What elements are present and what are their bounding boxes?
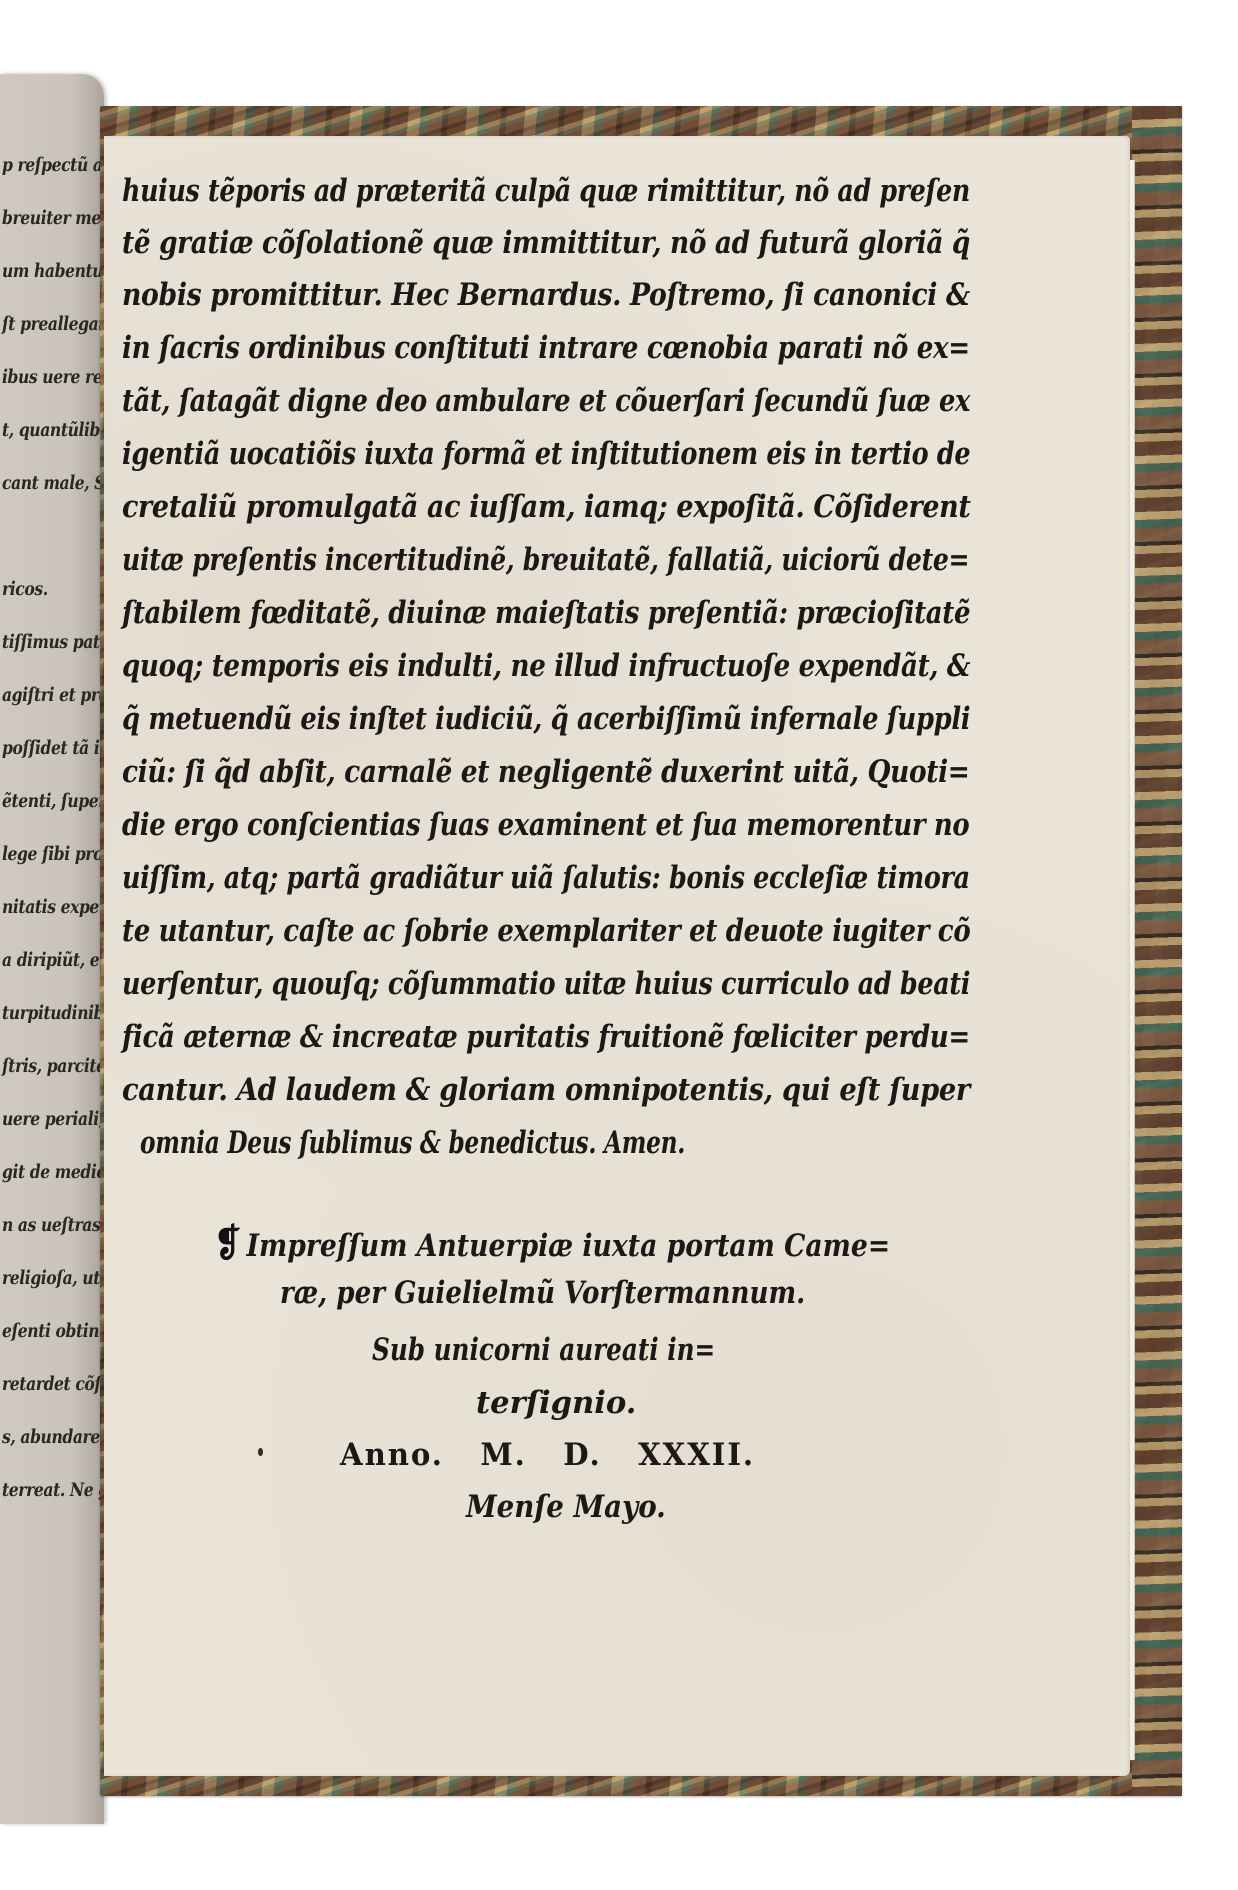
text-line: uiſſim, atq; partã gradiãtur uiã ſalutis… <box>122 852 970 904</box>
verso-text-fragment: n as ueſtras. Cont <box>2 1214 104 1236</box>
colophon-line-3: Sub unicorni aureati in= <box>372 1324 715 1376</box>
verso-text-fragment: breuiter meritu <box>2 207 104 229</box>
verso-text-fragment: nitatis expendũ <box>2 896 104 918</box>
verso-text-fragment: retardet cõſcien <box>2 1373 104 1395</box>
verso-text-fragment: p reſpectũ ad ſ <box>2 154 104 176</box>
verso-text-fragment: ſt preallegat <box>2 313 104 335</box>
text-line: tẽ gratiæ cõſolationẽ quæ immittitur, nõ… <box>122 217 970 269</box>
text-line: in ſacris ordinibus conſtituti intrare c… <box>122 322 970 374</box>
verso-text-fragment: tiſſimus pater Be <box>2 631 104 653</box>
marbled-cover-edge <box>1132 106 1182 1796</box>
text-line: huius tẽporis ad præteritã culpã quæ rim… <box>122 165 970 217</box>
text-line: ficã æternæ & increatæ puritatis fruitio… <box>122 1011 970 1063</box>
verso-text-fragment: ibus uere relig <box>2 366 104 388</box>
verso-page: p reſpectũ ad ſbreuiter merituum habentu… <box>0 74 104 1824</box>
verso-text-fragment: agiſtri et prelat <box>2 684 104 706</box>
ink-speck <box>258 1448 263 1456</box>
colophon-text: Impreſſum Antuerpiæ iuxta portam Came= <box>247 1228 891 1264</box>
verso-text-fragment: t, quantũlibet d <box>2 419 104 441</box>
verso-text-fragment: um habentur d <box>2 260 104 282</box>
colophon-line-1: ❡Impreſſum Antuerpiæ iuxta portam Came= <box>214 1217 890 1269</box>
verso-text-fragment: eſenti obtinere g <box>2 1320 104 1342</box>
verso-text-fragment: turpitudinibus d <box>2 1002 104 1024</box>
verso-text-fragment: lege ſibi procur <box>2 843 104 865</box>
verso-text-fragment: a diripiũt, et ſacr <box>2 949 104 971</box>
verso-text-fragment: s, abundare grati <box>2 1426 104 1448</box>
text-line-final: omnia Deus ſublimus & benedictus. Amen. <box>140 1117 685 1169</box>
text-line: uitæ preſentis incertitudinẽ, breuitatẽ,… <box>122 534 969 586</box>
verso-text-fragment: uere periali, ig <box>2 1108 104 1130</box>
verso-text-fragment: ricos. <box>2 578 48 600</box>
colophon-month: Menſe Mayo. <box>466 1481 666 1533</box>
text-line: quoq; temporis eis indulti, ne illud inf… <box>122 640 970 692</box>
verso-text-fragment: religioſa, ut poſ <box>2 1267 104 1289</box>
verso-text-fragment: git de medio Bab <box>2 1161 104 1183</box>
text-line: die ergo conſcientias ſuas examinent et … <box>122 799 969 851</box>
text-line: tãt, ſatagãt digne deo ambulare et cõuer… <box>122 375 970 427</box>
colophon-line-2: ræ, per Guielielmũ Vorſtermannum. <box>280 1267 805 1319</box>
verso-text-fragment: cant male, Siqu <box>2 472 104 494</box>
page-fore-edge <box>1130 160 1135 1760</box>
verso-text-fragment: ẽtenti, ſuperflus q <box>2 790 104 812</box>
verso-text-fragment: ſtris, parcite ſa <box>2 1055 104 1077</box>
text-line: cretaliũ promulgatã ac iuſſam, iamq; exp… <box>122 481 970 533</box>
text-line: nobis promittitur. Hec Bernardus. Poſtre… <box>122 269 970 321</box>
colophon-date: Anno. M. D. XXXII. <box>340 1429 755 1481</box>
text-line: ſtabilem fœditatẽ, diuinæ maieſtatis pre… <box>122 587 970 639</box>
text-line: q̃ metuendũ eis inſtet iudiciũ, q̃ acerb… <box>122 693 970 745</box>
pilcrow-icon: ❡ <box>214 1217 241 1269</box>
text-line: te utantur, caſte ac ſobrie exemplariter… <box>122 905 970 957</box>
text-line: igentiã uocatiõis iuxta formã et inſtitu… <box>122 428 970 480</box>
colophon-line-4: terſignio. <box>476 1377 636 1429</box>
verso-text-fragment: terreat. Ne geni <box>2 1479 104 1501</box>
verso-text-fragment: poſſidet tã imp <box>2 737 104 759</box>
text-line: cantur. Ad laudem & gloriam omnipotentis… <box>122 1064 970 1116</box>
text-line: ciũ: ſi q̃d abſit, carnalẽ et negligentẽ… <box>122 746 970 798</box>
text-line: uerſentur, quouſq; cõſummatio uitæ huius… <box>122 958 970 1010</box>
